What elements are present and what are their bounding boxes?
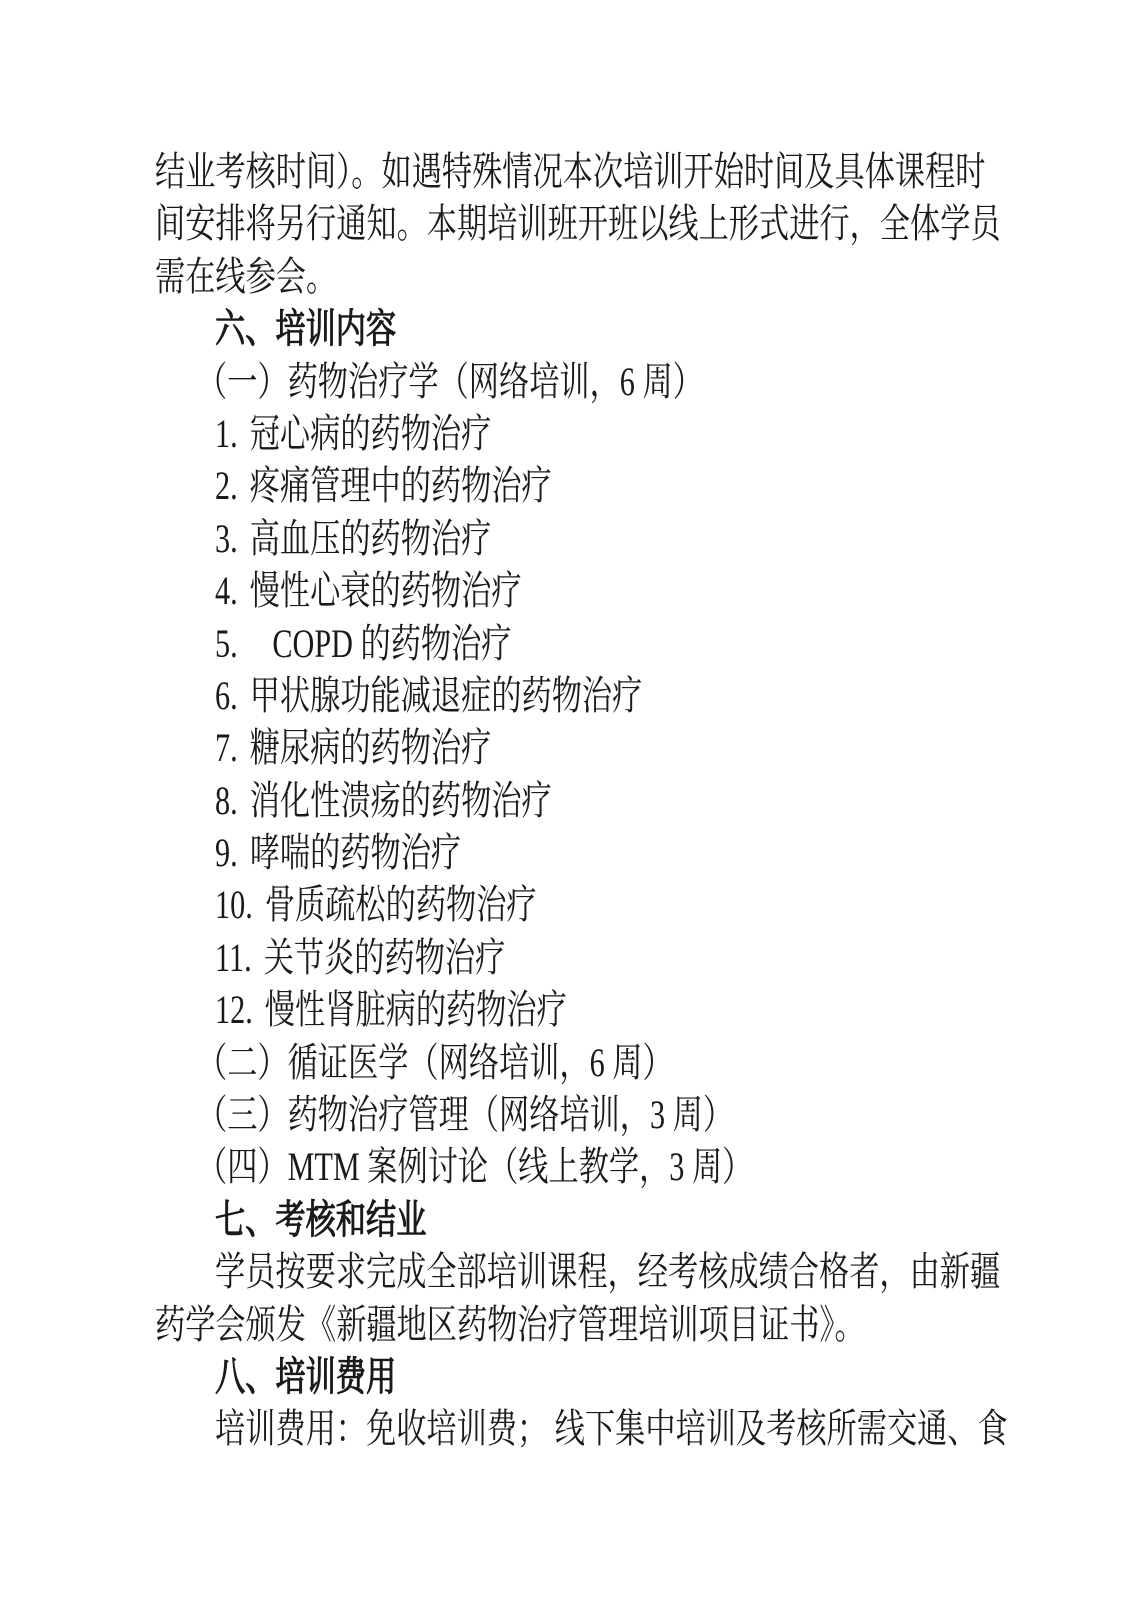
topic-number: 4.: [215, 568, 238, 613]
module-four-line: （四）MTM 案例讨论（线上教学，3 周）: [155, 1141, 1000, 1193]
topic-item-10: 10.骨质疏松的药物治疗: [155, 879, 1000, 931]
module-one-text: （一）药物治疗学（网络培训，6 周）: [197, 356, 703, 408]
topic-number: 2.: [215, 463, 238, 508]
topic-number: 6.: [215, 673, 238, 718]
intro-line-2-text: 间安排将另行通知。本期培训班开班以线上形式进行，全体学员: [155, 198, 1001, 250]
intro-line-1-text: 结业考核时间）。如遇特殊情况本次培训开始时间及具体课程时: [155, 146, 986, 198]
topic-text: 疼痛管理中的药物治疗: [250, 463, 552, 508]
topic-text: COPD 的药物治疗: [272, 621, 511, 666]
topic-item-4: 4.慢性心衰的药物治疗: [155, 565, 1000, 617]
topic-text: 甲状腺功能减退症的药物治疗: [250, 673, 643, 718]
topic-number: 5.: [215, 621, 238, 666]
topic-number: 11.: [215, 935, 252, 980]
section-eight-heading-text: 八、培训费用: [215, 1351, 396, 1403]
topic-number: 10.: [215, 882, 253, 927]
topic-item-9: 9.哮喘的药物治疗: [155, 827, 1000, 879]
assessment-line-2-text: 药学会颁发《新疆地区药物治疗管理培训项目证书》。: [155, 1299, 865, 1351]
fees-line-1-text: 培训费用：免收培训费； 线下集中培训及考核所需交通、食: [215, 1403, 1008, 1455]
topic-text: 消化性溃疡的药物治疗: [250, 778, 552, 823]
module-three-text: （三）药物治疗管理（网络培训，3 周）: [197, 1089, 733, 1141]
section-six-heading: 六、培训内容: [155, 303, 1000, 355]
topic-item-8: 8.消化性溃疡的药物治疗: [155, 775, 1000, 827]
document-content: 结业考核时间）。如遇特殊情况本次培训开始时间及具体课程时 间安排将另行通知。本期…: [155, 146, 1000, 1456]
intro-line-1: 结业考核时间）。如遇特殊情况本次培训开始时间及具体课程时: [155, 146, 1000, 198]
topic-number: 1.: [215, 411, 238, 456]
section-eight-heading: 八、培训费用: [155, 1351, 1000, 1403]
module-one-line: （一）药物治疗学（网络培训，6 周）: [155, 356, 1000, 408]
topic-text: 糖尿病的药物治疗: [250, 725, 492, 770]
topic-text: 骨质疏松的药物治疗: [265, 882, 537, 927]
topic-text: 慢性心衰的药物治疗: [250, 568, 522, 613]
topic-text: 慢性肾脏病的药物治疗: [265, 987, 567, 1032]
topic-item-12: 12.慢性肾脏病的药物治疗: [155, 984, 1000, 1036]
assessment-line-2: 药学会颁发《新疆地区药物治疗管理培训项目证书》。: [155, 1299, 1000, 1351]
module-two-line: （二）循证医学（网络培训，6 周）: [155, 1037, 1000, 1089]
topic-text: 冠心病的药物治疗: [250, 411, 492, 456]
topic-text: 高血压的药物治疗: [250, 516, 492, 561]
module-two-text: （二）循证医学（网络培训，6 周）: [197, 1037, 673, 1089]
topic-item-1: 1.冠心病的药物治疗: [155, 408, 1000, 460]
topic-number: 9.: [215, 830, 238, 875]
intro-line-3: 需在线参会。: [155, 251, 1000, 303]
document-page: 结业考核时间）。如遇特殊情况本次培训开始时间及具体课程时 间安排将另行通知。本期…: [0, 0, 1133, 1600]
assessment-line-1: 学员按要求完成全部培训课程，经考核成绩合格者，由新疆: [155, 1246, 1000, 1298]
fees-line-1: 培训费用：免收培训费； 线下集中培训及考核所需交通、食: [155, 1403, 1000, 1455]
section-seven-heading-text: 七、考核和结业: [215, 1194, 426, 1246]
topic-item-6: 6.甲状腺功能减退症的药物治疗: [155, 670, 1000, 722]
section-seven-heading: 七、考核和结业: [155, 1194, 1000, 1246]
section-six-heading-text: 六、培训内容: [215, 303, 396, 355]
intro-line-3-text: 需在线参会。: [155, 251, 336, 303]
module-three-line: （三）药物治疗管理（网络培训，3 周）: [155, 1089, 1000, 1141]
topic-number: 12.: [215, 987, 253, 1032]
topic-number: 7.: [215, 725, 238, 770]
topic-item-11: 11.关节炎的药物治疗: [155, 932, 1000, 984]
module-four-text: （四）MTM 案例讨论（线上教学，3 周）: [197, 1141, 752, 1193]
assessment-line-1-text: 学员按要求完成全部培训课程，经考核成绩合格者，由新疆: [215, 1246, 1000, 1298]
topic-text: 关节炎的药物治疗: [264, 935, 506, 980]
topic-item-7: 7.糖尿病的药物治疗: [155, 722, 1000, 774]
topic-text: 哮喘的药物治疗: [250, 830, 461, 875]
topic-number: 8.: [215, 778, 238, 823]
topic-item-3: 3.高血压的药物治疗: [155, 513, 1000, 565]
intro-line-2: 间安排将另行通知。本期培训班开班以线上形式进行，全体学员: [155, 198, 1000, 250]
topic-number: 3.: [215, 516, 238, 561]
topic-item-2: 2.疼痛管理中的药物治疗: [155, 460, 1000, 512]
topic-item-5: 5.COPD 的药物治疗: [155, 618, 1000, 670]
